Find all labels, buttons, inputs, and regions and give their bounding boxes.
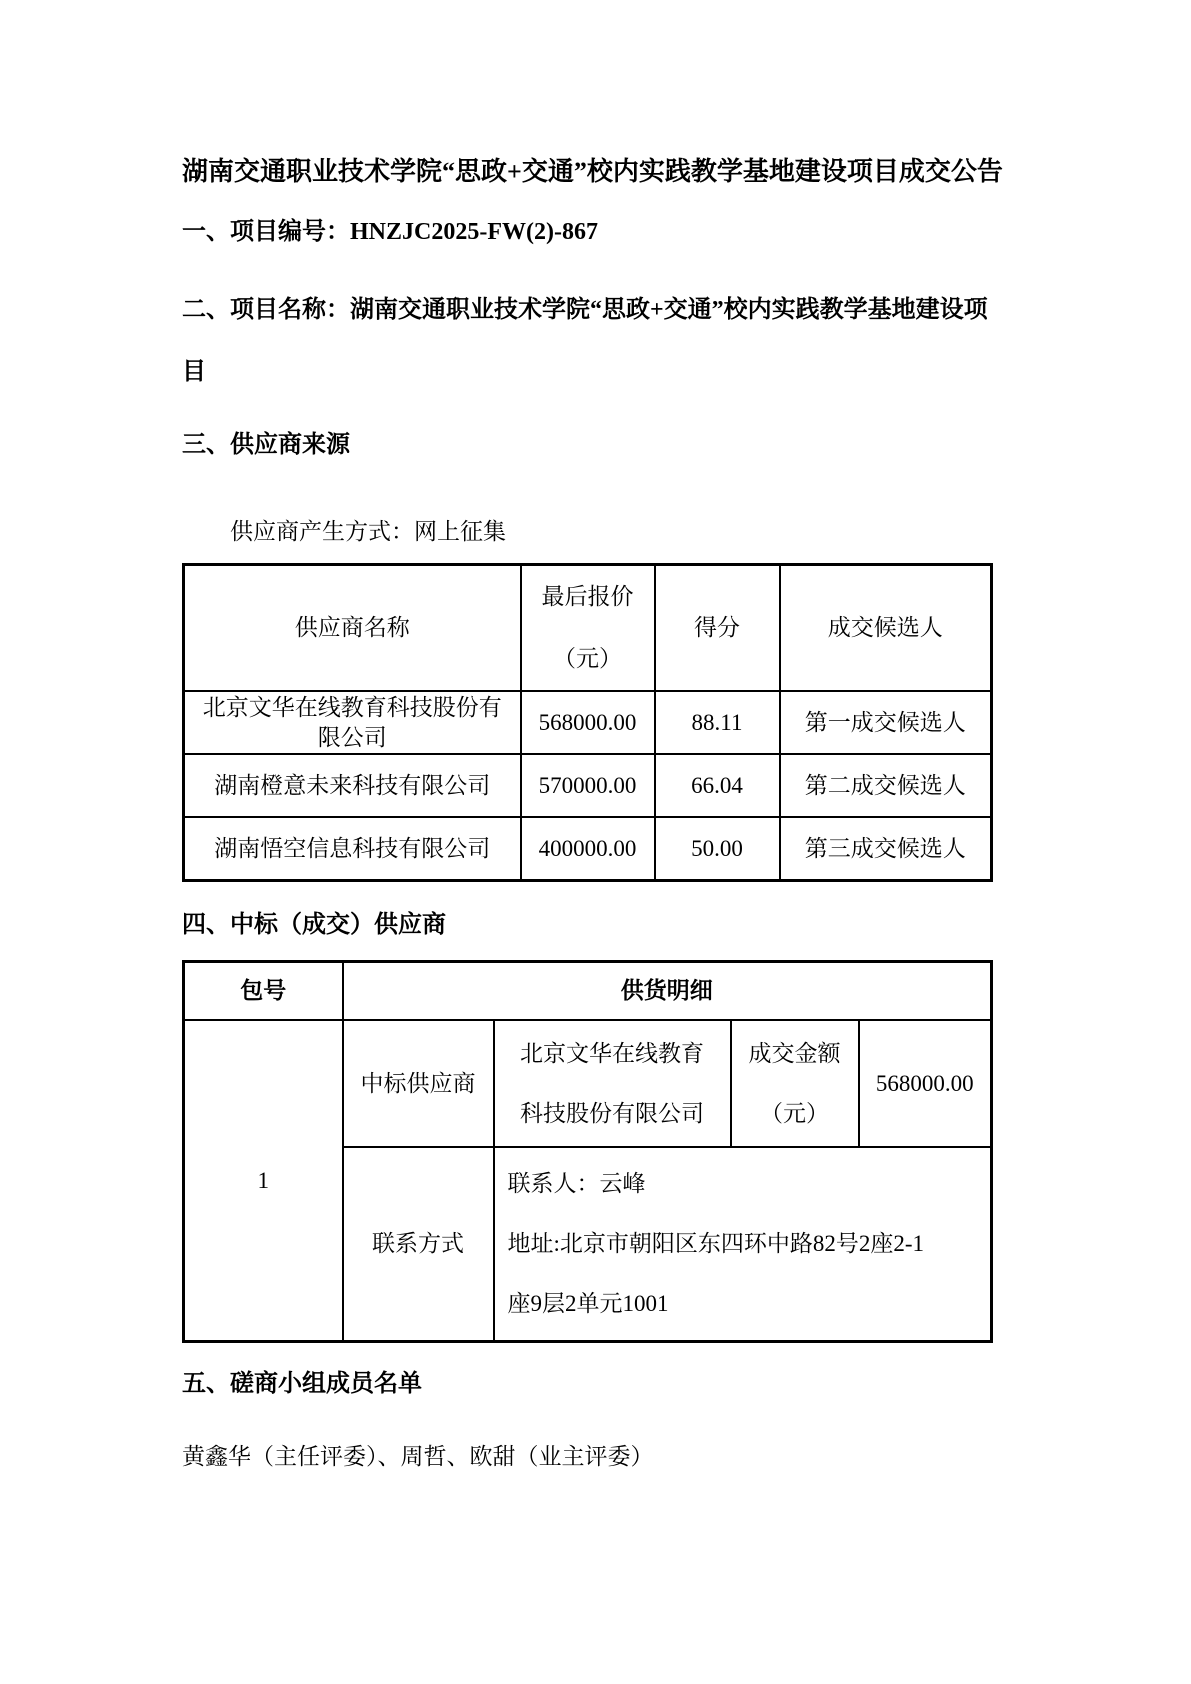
document-page: 湖南交通职业技术学院“思政+交通”校内实践教学基地建设项目成交公告 一、项目编号… <box>0 0 1191 1684</box>
candidate-row-3: 湖南悟空信息科技有限公司 400000.00 50.00 第三成交候选人 <box>184 817 992 881</box>
candidate-rank: 第三成交候选人 <box>780 817 992 881</box>
col-header-final-price: 最后报价（元） <box>521 565 655 692</box>
award-table-header-row: 包号 供货明细 <box>184 962 992 1021</box>
contact-info-cell: 联系人：云峰 地址:北京市朝阳区东四环中路82号2座2-1座9层2单元1001 <box>494 1147 992 1342</box>
contact-label: 联系方式 <box>343 1147 494 1342</box>
col-header-package-no: 包号 <box>184 962 343 1021</box>
candidates-table-header-row: 供应商名称 最后报价（元） 得分 成交候选人 <box>184 565 992 692</box>
candidate-score: 50.00 <box>655 817 780 881</box>
section-award-supplier: 四、中标（成交）供应商 <box>182 910 991 940</box>
winner-label: 中标供应商 <box>343 1020 494 1147</box>
candidate-score: 88.11 <box>655 691 780 754</box>
candidate-row-2: 湖南橙意未来科技有限公司 570000.00 66.04 第二成交候选人 <box>184 754 992 817</box>
amount-label: 成交金额（元） <box>731 1020 859 1147</box>
candidate-score: 66.04 <box>655 754 780 817</box>
col-header-supply-detail: 供货明细 <box>343 962 992 1021</box>
section-project-number: 一、项目编号：HNZJC2025-FW(2)-867 <box>182 217 991 247</box>
col-header-score: 得分 <box>655 565 780 692</box>
amount-value: 568000.00 <box>859 1020 992 1147</box>
winner-name: 北京文华在线教育科技股份有限公司 <box>494 1020 731 1147</box>
candidate-name: 湖南悟空信息科技有限公司 <box>184 817 521 881</box>
section-panel-members: 五、磋商小组成员名单 <box>182 1369 991 1399</box>
section-supplier-source: 三、供应商来源 <box>182 430 991 460</box>
candidate-price: 570000.00 <box>521 754 655 817</box>
document-title: 湖南交通职业技术学院“思政+交通”校内实践教学基地建设项目成交公告 <box>182 156 991 188</box>
award-table: 包号 供货明细 1 中标供应商 北京文华在线教育科技股份有限公司 成交金额（元）… <box>182 960 993 1343</box>
panel-members-list: 黄鑫华（主任评委）、周哲、欧甜（业主评委） <box>182 1442 991 1472</box>
section-project-name: 二、项目名称：湖南交通职业技术学院“思政+交通”校内实践教学基地建设项目 <box>182 279 991 403</box>
col-header-supplier-name: 供应商名称 <box>184 565 521 692</box>
contact-person: 联系人：云峰 <box>508 1154 976 1214</box>
candidate-name: 湖南橙意未来科技有限公司 <box>184 754 521 817</box>
candidate-name: 北京文华在线教育科技股份有限公司 <box>184 691 521 754</box>
contact-address: 地址:北京市朝阳区东四环中路82号2座2-1座9层2单元1001 <box>508 1214 928 1334</box>
candidates-table: 供应商名称 最后报价（元） 得分 成交候选人 北京文华在线教育科技股份有限公司 … <box>182 563 993 882</box>
supplier-source-method: 供应商产生方式：网上征集 <box>182 517 991 547</box>
package-no-value: 1 <box>184 1020 343 1342</box>
candidate-price: 568000.00 <box>521 691 655 754</box>
candidate-price: 400000.00 <box>521 817 655 881</box>
candidate-rank: 第一成交候选人 <box>780 691 992 754</box>
award-winner-row: 1 中标供应商 北京文华在线教育科技股份有限公司 成交金额（元） 568000.… <box>184 1020 992 1147</box>
col-header-rank: 成交候选人 <box>780 565 992 692</box>
candidate-rank: 第二成交候选人 <box>780 754 992 817</box>
candidate-row-1: 北京文华在线教育科技股份有限公司 568000.00 88.11 第一成交候选人 <box>184 691 992 754</box>
